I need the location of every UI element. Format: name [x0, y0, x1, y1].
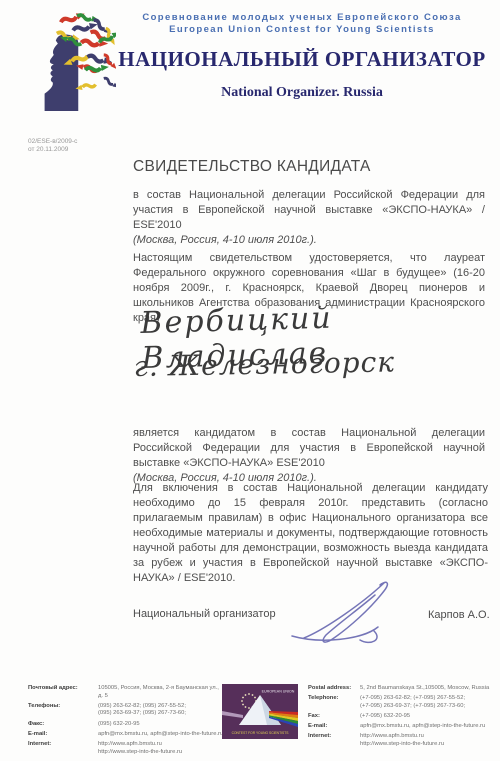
footer-contacts-ru: Почтовый адрес:105005, Россия, Москва, 2… — [28, 685, 224, 759]
reference-block: 02/ESE-в/2009-с от 20.11.2009 — [28, 138, 77, 154]
paragraph-candidacy: является кандидатом в состав Национально… — [133, 426, 485, 486]
contact-label: Internet: — [28, 741, 98, 756]
eu-logo-bottom-text: CONTEST FOR YOUNG SCIENTISTS — [232, 731, 290, 735]
contact-label: Почтовый адрес: — [28, 685, 98, 700]
signature-role-label: Национальный организатор — [133, 608, 276, 620]
header: Соревнование молодых ученых Европейского… — [112, 12, 492, 101]
contact-row: Факс:(095) 632-20-95 — [28, 721, 224, 729]
footer-contacts-en: Postal address:5, 2nd Baumanskaya St.,10… — [308, 685, 498, 751]
contact-row: Internet:http://www.apfn.bmstu.ru http:/… — [28, 741, 224, 756]
contact-row: Telephone:(+7-095) 263-62-82; (+7-095) 2… — [308, 695, 498, 710]
eu-logo-top-text: EUROPEAN UNION — [262, 690, 295, 694]
certificate-page: Соревнование молодых ученых Европейского… — [0, 0, 500, 761]
contact-label: E-mail: — [308, 723, 360, 731]
reference-date: от 20.11.2009 — [28, 146, 77, 154]
contact-value: 5, 2nd Baumanskaya St.,105005, Moscow, R… — [360, 685, 498, 693]
contact-value: (095) 632-20-95 — [98, 721, 224, 729]
contact-value: (095) 263-62-82; (095) 267-55-52; (095) … — [98, 703, 224, 718]
candidate-city-handwritten: г. Железногорск — [133, 345, 395, 383]
contact-label: Postal address: — [308, 685, 360, 693]
paragraph-requirements: Для включения в состав Национальной деле… — [133, 481, 488, 586]
contact-row: Почтовый адрес:105005, Россия, Москва, 2… — [28, 685, 224, 700]
contact-row: Postal address:5, 2nd Baumanskaya St.,10… — [308, 685, 498, 693]
contact-value: apfn@mx.bmstu.ru, apfn@step-into-the-fut… — [360, 723, 498, 731]
contact-label: Факс: — [28, 721, 98, 729]
contact-label: Telephone: — [308, 695, 360, 710]
organizer-title: НАЦИОНАЛЬНЫЙ ОРГАНИЗАТОР — [112, 47, 492, 72]
contact-row: E-mail:apfn@mx.bmstu.ru, apfn@step-into-… — [308, 723, 498, 731]
contact-label: E-mail: — [28, 731, 98, 739]
signatory-name: Карпов А.О. — [428, 609, 490, 621]
intro-event-date: (Москва, Россия, 4-10 июля 2010г.). — [133, 233, 485, 248]
contact-label: Internet: — [308, 733, 360, 748]
candidacy-text: является кандидатом в состав Национально… — [133, 427, 485, 469]
contact-row: Fax:(+7-095) 632-20-95 — [308, 713, 498, 721]
eu-contest-logo: EUROPEAN UNION CONTEST FOR YOUNG SCIENTI… — [222, 684, 298, 739]
tagline-russian: Соревнование молодых ученых Европейского… — [112, 12, 492, 24]
contact-value: (+7-095) 632-20-95 — [360, 713, 498, 721]
document-title: СВИДЕТЕЛЬСТВО КАНДИДАТА — [133, 158, 371, 176]
contact-value: http://www.apfn.bmstu.ru http://www.step… — [98, 741, 224, 756]
contact-value: 105005, Россия, Москва, 2-я Бауманская у… — [98, 685, 224, 700]
reference-number: 02/ESE-в/2009-с — [28, 138, 77, 146]
contact-value: http://www.apfn.bmstu.ru http://www.step… — [360, 733, 498, 748]
intro-text: в состав Национальной делегации Российск… — [133, 189, 485, 231]
contact-label: Fax: — [308, 713, 360, 721]
contact-row: Телефоны:(095) 263-62-82; (095) 267-55-5… — [28, 703, 224, 718]
contact-row: Internet:http://www.apfn.bmstu.ru http:/… — [308, 733, 498, 748]
head-profile-icon — [14, 8, 116, 112]
tagline-english: European Union Contest for Young Scienti… — [112, 24, 492, 36]
contact-value: apfn@mx.bmstu.ru, apfn@step-into-the-fut… — [98, 731, 224, 739]
organizer-subtitle: National Organizer. Russia — [112, 85, 492, 101]
contact-row: E-mail:apfn@mx.bmstu.ru, apfn@step-into-… — [28, 731, 224, 739]
signature-scribble-icon — [288, 578, 410, 648]
contact-value: (+7-095) 263-62-82; (+7-095) 267-55-52; … — [360, 695, 498, 710]
contact-label: Телефоны: — [28, 703, 98, 718]
paragraph-intro: в состав Национальной делегации Российск… — [133, 188, 485, 248]
